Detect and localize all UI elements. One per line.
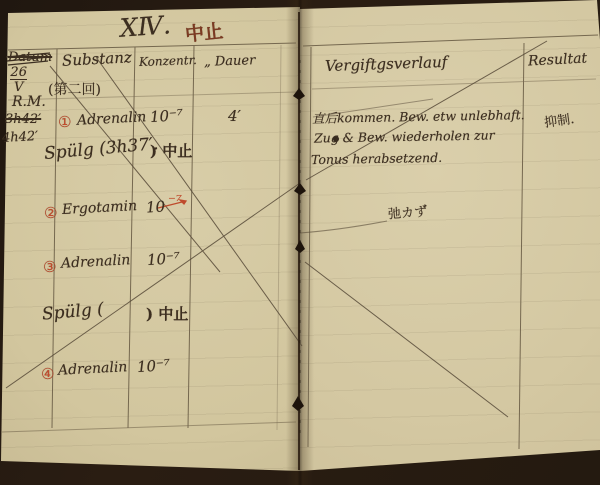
col-header-dauer: „ Dauer [204,53,256,70]
date-day: 26 [10,66,27,79]
col-header-resultat: Resultat [528,50,588,69]
concentration-base: 10 [145,197,165,216]
date-month: Ⅴ [10,79,27,94]
left-page [0,0,300,485]
col-header-datum: Datum [8,50,52,65]
marginal-annotation: 弛カず゙ [387,201,427,223]
notebook-photo: XⅣ. 中止 Datum Substanz (第二回) Konzentr. „ … [0,0,600,485]
row-number: ① [58,113,71,131]
row-number: ② [44,204,57,222]
observation-line: Zug & Bew. wiederholen zur [314,127,495,145]
time-entry: 4h42′ [2,129,39,146]
concentration: 10⁻⁷ [146,249,180,269]
concentration-exponent: ⁻⁷ [168,192,182,210]
experimenter-initials: R.M. [12,94,46,110]
row-number: ③ [43,258,56,276]
duration: 4′ [228,107,241,125]
rinse-stop-note: ) 中止 [146,303,188,324]
col-header-konzentr: Konzentr. [139,53,197,69]
concentration: 10⁻⁷ [149,106,183,126]
page-title-numeral: XⅣ. [119,10,172,42]
row-number: ④ [41,365,54,383]
observation-line: Tonus herabsetzend. [311,150,442,167]
cancel-stamp: 中止 [184,16,225,47]
col-header-substanz: Substanz [62,48,133,70]
time-struck: 3h42′ [5,112,41,127]
date-fraction: 26 Ⅴ [10,66,27,94]
session-note: (第二回) [48,79,101,99]
concentration: 10⁻⁷ [136,356,170,376]
observation-line: 直后kommen. Bew. etw unlebhaft. [312,105,525,127]
rinse-stop-note: ) 中止 [150,140,192,161]
